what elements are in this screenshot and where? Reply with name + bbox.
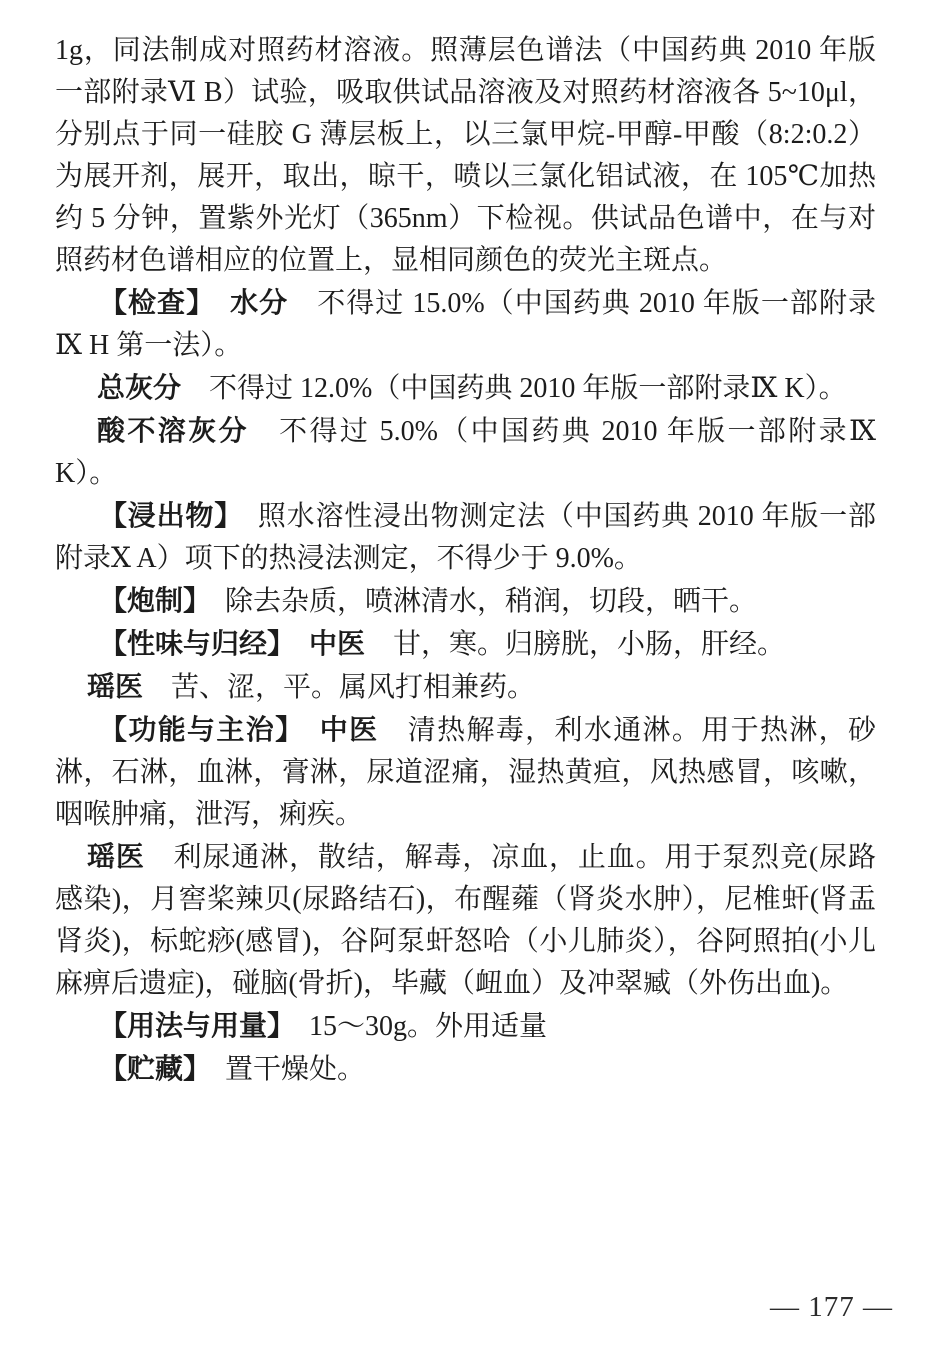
body-text: 15～30g。外用适量	[281, 1011, 547, 1042]
section-label: 【浸出物】	[99, 500, 229, 531]
paragraph: 瑶医 苦、涩，平。属风打相兼药。	[55, 666, 876, 709]
section-label: 瑶医	[87, 841, 145, 872]
paragraph: 【浸出物】 照水溶性浸出物测定法（中国药典 2010 年版一部附录Ⅹ A）项下的…	[55, 495, 876, 580]
paragraph: 【检查】 水分 不得过 15.0%（中国药典 2010 年版一部附录Ⅸ H 第一…	[55, 282, 876, 367]
body-text: 利尿通淋，散结，解毒，凉血，止血。用于泵烈竞(尿路感染)，月窖桨辣贝(尿路结石)…	[55, 842, 876, 999]
section-label: 瑶医	[87, 671, 143, 702]
body-text: 甘，寒。归膀胱，小肠，肝经。	[365, 629, 785, 660]
section-label: 总灰分	[97, 372, 181, 403]
section-label: 酸不溶灰分	[97, 415, 249, 446]
paragraph: 【炮制】 除去杂质，喷淋清水，稍润，切段，晒干。	[55, 580, 876, 623]
section-label: 【贮藏】	[99, 1053, 197, 1084]
document-body: 1g，同法制成对照药材溶液。照薄层色谱法（中国药典 2010 年版一部附录Ⅵ B…	[55, 30, 876, 1091]
body-text: 苦、涩，平。属风打相兼药。	[143, 672, 535, 703]
section-label: 【性味与归经】 中医	[99, 628, 365, 659]
paragraph: 1g，同法制成对照药材溶液。照薄层色谱法（中国药典 2010 年版一部附录Ⅵ B…	[55, 30, 876, 282]
paragraph: 【用法与用量】 15～30g。外用适量	[55, 1005, 876, 1048]
paragraph: 瑶医 利尿通淋，散结，解毒，凉血，止血。用于泵烈竞(尿路感染)，月窖桨辣贝(尿路…	[55, 836, 876, 1005]
body-text: 置干燥处。	[197, 1054, 365, 1085]
document-page: 1g，同法制成对照药材溶液。照薄层色谱法（中国药典 2010 年版一部附录Ⅵ B…	[0, 0, 927, 1353]
paragraph: 【性味与归经】 中医 甘，寒。归膀胱，小肠，肝经。	[55, 623, 876, 666]
section-label: 【检查】 水分	[99, 287, 288, 318]
paragraph: 【功能与主治】 中医 清热解毒，利水通淋。用于热淋，砂淋，石淋，血淋，膏淋，尿道…	[55, 709, 876, 836]
body-text: 除去杂质，喷淋清水，稍润，切段，晒干。	[197, 586, 757, 617]
paragraph: 总灰分 不得过 12.0%（中国药典 2010 年版一部附录Ⅸ K）。	[55, 367, 876, 410]
section-label: 【用法与用量】	[99, 1010, 281, 1041]
body-text: 1g，同法制成对照药材溶液。照薄层色谱法（中国药典 2010 年版一部附录Ⅵ B…	[55, 35, 876, 276]
section-label: 【功能与主治】 中医	[99, 714, 378, 745]
paragraph: 酸不溶灰分 不得过 5.0%（中国药典 2010 年版一部附录Ⅸ K）。	[55, 410, 876, 495]
section-label: 【炮制】	[99, 585, 197, 616]
paragraph: 【贮藏】 置干燥处。	[55, 1048, 876, 1091]
page-number: — 177 —	[770, 1290, 893, 1324]
body-text: 不得过 12.0%（中国药典 2010 年版一部附录Ⅸ K）。	[181, 373, 847, 404]
